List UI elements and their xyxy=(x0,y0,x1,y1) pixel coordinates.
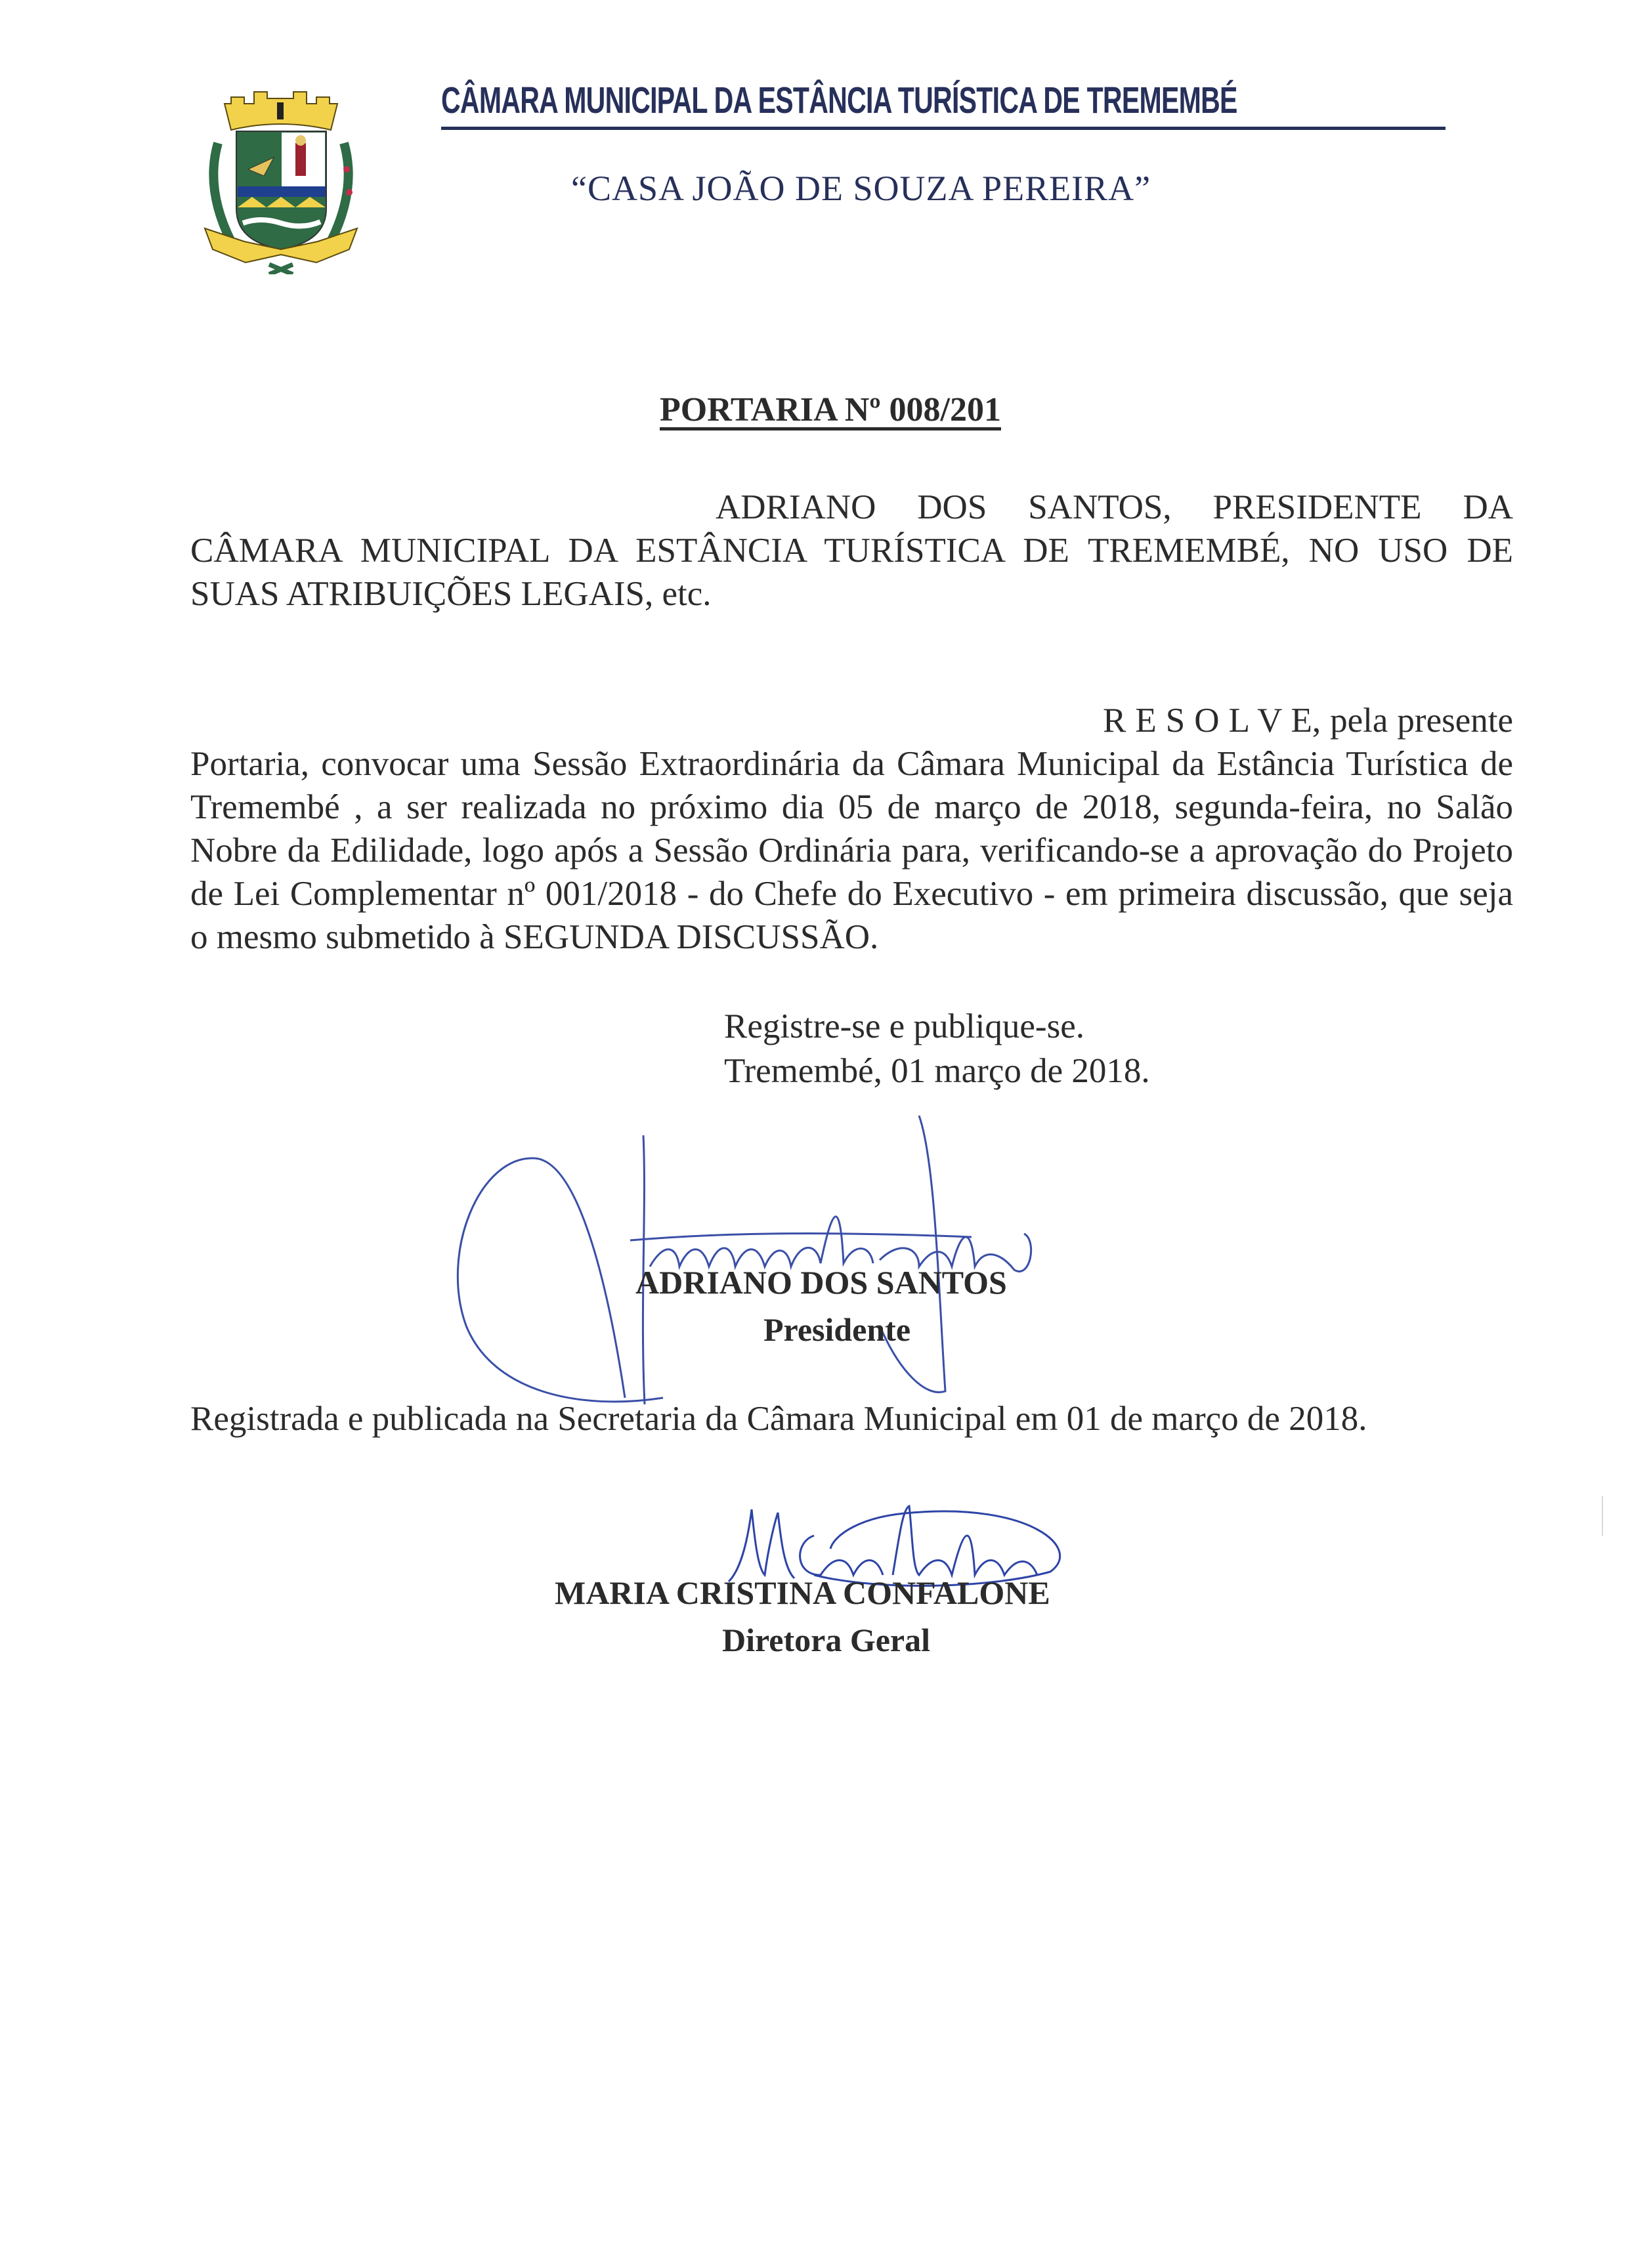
resolve-keyword: R E S O L V E xyxy=(1103,702,1312,740)
preamble-rest: CÂMARA MUNICIPAL DA ESTÂNCIA TURÍSTICA D… xyxy=(190,529,1513,616)
director-role: Diretora Geral xyxy=(722,1621,930,1659)
document-title: PORTARIA Nº 008/201 xyxy=(660,390,1001,429)
registration-statement: Registrada e publicada na Secretaria da … xyxy=(190,1399,1367,1438)
president-name: ADRIANO DOS SANTOS xyxy=(635,1263,1007,1301)
preamble-first-line: ADRIANO DOS SANTOS, PRESIDENTE DA xyxy=(190,486,1513,529)
director-name: MARIA CRISTINA CONFALONE xyxy=(555,1574,1050,1612)
title-underline-divider xyxy=(441,127,1446,130)
closing-line-date: Tremembé, 01 março de 2018. xyxy=(724,1049,1150,1093)
president-role: Presidente xyxy=(763,1311,910,1349)
preamble-paragraph: ADRIANO DOS SANTOS, PRESIDENTE DA CÂMARA… xyxy=(190,486,1513,616)
scan-artifact-divider xyxy=(1602,1496,1603,1536)
institution-subtitle: “CASA JOÃO DE SOUZA PEREIRA” xyxy=(571,168,1151,209)
resolve-paragraph: R E S O L V E, pela presente Portaria, c… xyxy=(190,699,1513,959)
institution-title: CÂMARA MUNICIPAL DA ESTÂNCIA TURÍSTICA D… xyxy=(441,79,1237,122)
resolve-text: , pela presente Portaria, convocar uma S… xyxy=(190,702,1513,956)
closing-line-publish: Registre-se e publique-se. xyxy=(724,1004,1150,1049)
municipal-coat-of-arms-icon xyxy=(192,77,369,274)
closing-block: Registre-se e publique-se. Tremembé, 01 … xyxy=(724,1004,1150,1093)
